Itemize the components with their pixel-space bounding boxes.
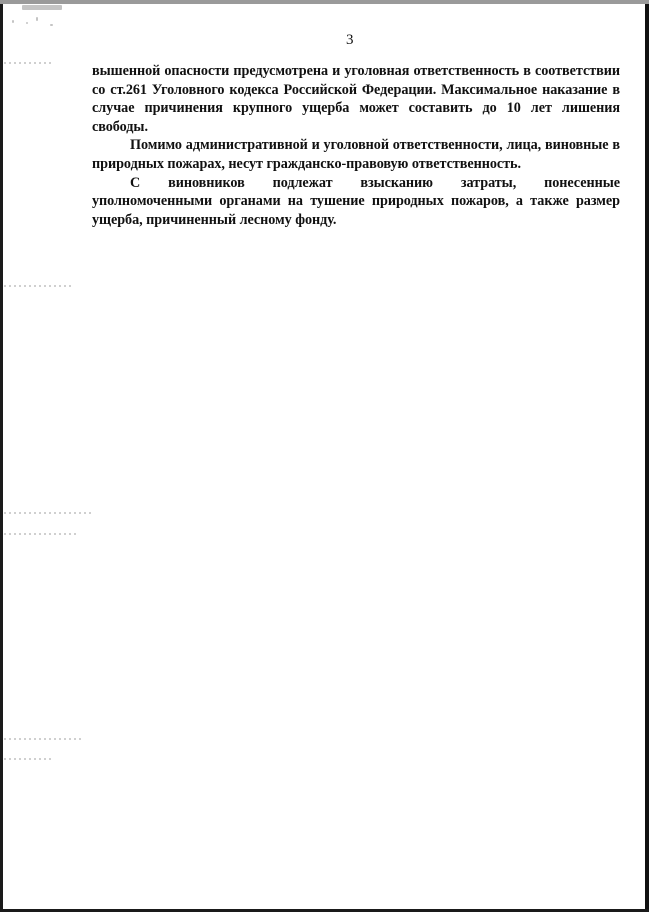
scan-artifact (4, 512, 94, 514)
scan-artifact (36, 17, 38, 21)
scan-artifact (50, 24, 53, 26)
scan-artifact (26, 22, 28, 24)
scanned-page: 3 вышенной опасности предусмотрена и уго… (0, 0, 649, 912)
scan-artifact (22, 5, 62, 10)
paragraph: С виновников подлежат взысканию затраты,… (92, 174, 620, 230)
paragraph: Помимо административной и уголовной отве… (92, 136, 620, 173)
scan-top-edge (0, 0, 649, 4)
scan-artifact (4, 758, 54, 760)
scan-left-edge (0, 4, 3, 912)
body-text: вышенной опасности предусмотрена и уголо… (92, 62, 620, 229)
scan-artifact (4, 738, 84, 740)
scan-artifact (4, 285, 74, 287)
scan-artifact (12, 20, 14, 23)
scan-artifact (4, 62, 54, 64)
scan-right-edge (645, 4, 649, 912)
page-number: 3 (346, 32, 354, 49)
paragraph: вышенной опасности предусмотрена и уголо… (92, 62, 620, 136)
scan-artifact (4, 533, 79, 535)
